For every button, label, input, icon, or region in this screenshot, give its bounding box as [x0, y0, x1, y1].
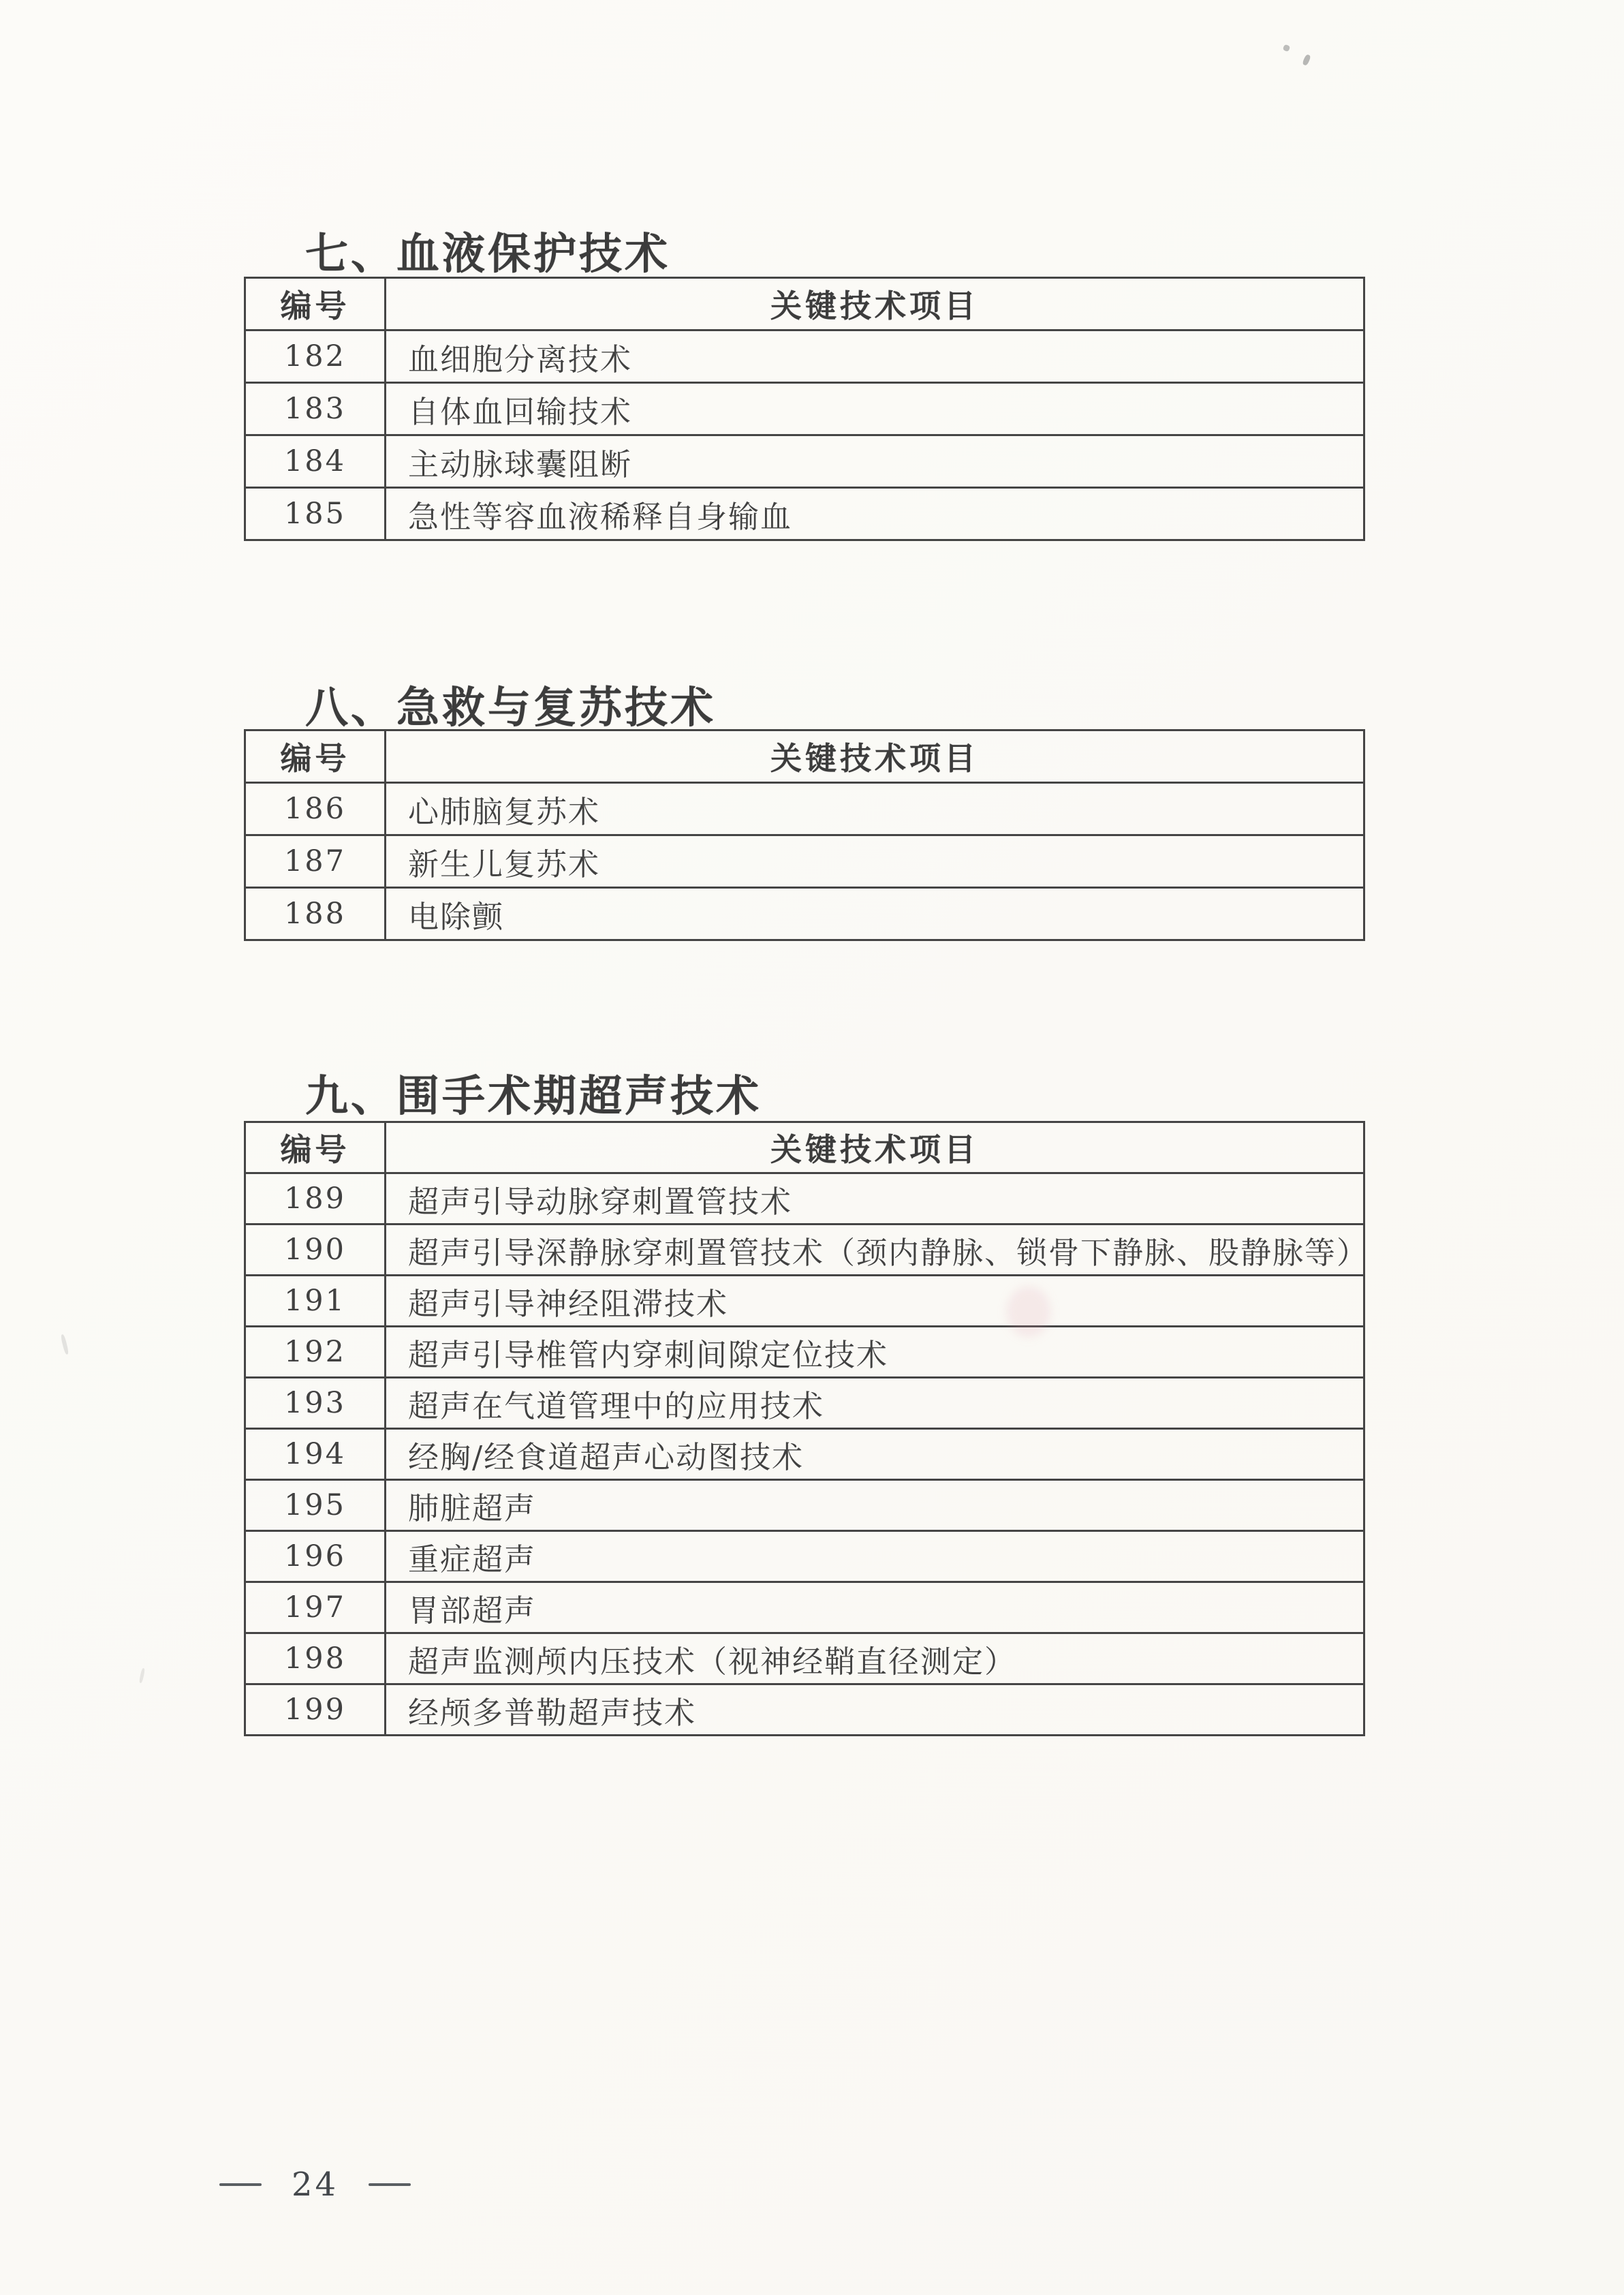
row-number-cell: 189	[245, 1173, 386, 1224]
page-number: 24	[292, 2166, 339, 2204]
row-tech-cell: 新生儿复苏术	[386, 835, 1364, 888]
row-tech-cell: 血细胞分离技术	[386, 330, 1364, 383]
row-number-cell: 191	[245, 1276, 386, 1327]
table-header-row: 编号 关键技术项目	[245, 730, 1364, 783]
blood-protection-table: 编号 关键技术项目 182 血细胞分离技术 183 自体血回输技术 184 主动…	[244, 277, 1365, 541]
row-number-cell: 188	[245, 888, 386, 940]
page-footer: 24	[219, 2166, 411, 2204]
table-row: 194 经胸/经食道超声心动图技术	[245, 1429, 1364, 1480]
row-tech-cell: 超声监测颅内压技术（视神经鞘直径测定）	[386, 1633, 1364, 1684]
row-tech-cell: 肺脏超声	[386, 1480, 1364, 1531]
row-tech-cell: 自体血回输技术	[386, 383, 1364, 435]
row-tech-cell: 超声引导椎管内穿刺间隙定位技术	[386, 1327, 1364, 1378]
row-tech-cell: 超声引导动脉穿刺置管技术	[386, 1173, 1364, 1224]
table-row: 183 自体血回输技术	[245, 383, 1364, 435]
header-cell-number: 编号	[245, 1122, 386, 1173]
table-row: 198 超声监测颅内压技术（视神经鞘直径测定）	[245, 1633, 1364, 1684]
scan-speck	[60, 1334, 69, 1355]
table-row: 199 经颅多普勒超声技术	[245, 1684, 1364, 1736]
emergency-resuscitation-table: 编号 关键技术项目 186 心肺脑复苏术 187 新生儿复苏术 188 电除颤	[244, 729, 1365, 941]
table-row: 195 肺脏超声	[245, 1480, 1364, 1531]
row-number-cell: 198	[245, 1633, 386, 1684]
table-row: 197 胃部超声	[245, 1582, 1364, 1633]
table-row: 190 超声引导深静脉穿刺置管技术（颈内静脉、锁骨下静脉、股静脉等）	[245, 1224, 1364, 1276]
perioperative-ultrasound-table: 编号 关键技术项目 189 超声引导动脉穿刺置管技术 190 超声引导深静脉穿刺…	[244, 1121, 1365, 1736]
table-row: 191 超声引导神经阻滞技术	[245, 1276, 1364, 1327]
table-header-row: 编号 关键技术项目	[245, 278, 1364, 330]
scan-speck	[1302, 54, 1311, 66]
header-cell-key-tech: 关键技术项目	[386, 730, 1364, 783]
table-row: 182 血细胞分离技术	[245, 330, 1364, 383]
row-number-cell: 190	[245, 1224, 386, 1276]
scan-smudge	[1007, 1287, 1050, 1337]
row-number-cell: 193	[245, 1378, 386, 1429]
row-number-cell: 183	[245, 383, 386, 435]
table-row: 193 超声在气道管理中的应用技术	[245, 1378, 1364, 1429]
header-cell-number: 编号	[245, 730, 386, 783]
table-row: 185 急性等容血液稀释自身输血	[245, 488, 1364, 540]
row-tech-cell: 重症超声	[386, 1531, 1364, 1582]
row-number-cell: 194	[245, 1429, 386, 1480]
table-row: 184 主动脉球囊阻断	[245, 435, 1364, 488]
table-header-row: 编号 关键技术项目	[245, 1122, 1364, 1173]
table-row: 188 电除颤	[245, 888, 1364, 940]
row-number-cell: 197	[245, 1582, 386, 1633]
row-number-cell: 196	[245, 1531, 386, 1582]
row-number-cell: 182	[245, 330, 386, 383]
row-tech-cell: 超声在气道管理中的应用技术	[386, 1378, 1364, 1429]
footer-right-dash	[369, 2183, 411, 2186]
row-number-cell: 184	[245, 435, 386, 488]
scanned-document-page: 七、血液保护技术 编号 关键技术项目 182 血细胞分离技术 183 自体血回输…	[0, 0, 1624, 2295]
row-number-cell: 185	[245, 488, 386, 540]
table-row: 192 超声引导椎管内穿刺间隙定位技术	[245, 1327, 1364, 1378]
row-tech-cell: 超声引导神经阻滞技术	[386, 1276, 1364, 1327]
row-tech-cell: 心肺脑复苏术	[386, 783, 1364, 835]
table-row: 186 心肺脑复苏术	[245, 783, 1364, 835]
section-title-perioperative-ultrasound: 九、围手术期超声技术	[305, 1062, 762, 1124]
header-cell-number: 编号	[245, 278, 386, 330]
row-number-cell: 187	[245, 835, 386, 888]
table-row: 196 重症超声	[245, 1531, 1364, 1582]
header-cell-key-tech: 关键技术项目	[386, 278, 1364, 330]
table-row: 187 新生儿复苏术	[245, 835, 1364, 888]
footer-left-dash	[219, 2183, 262, 2186]
row-tech-cell: 电除颤	[386, 888, 1364, 940]
row-number-cell: 195	[245, 1480, 386, 1531]
header-cell-key-tech: 关键技术项目	[386, 1122, 1364, 1173]
row-tech-cell: 经颅多普勒超声技术	[386, 1684, 1364, 1736]
row-number-cell: 199	[245, 1684, 386, 1736]
row-tech-cell: 主动脉球囊阻断	[386, 435, 1364, 488]
section-title-blood-protection: 七、血液保护技术	[305, 219, 670, 281]
row-number-cell: 192	[245, 1327, 386, 1378]
row-tech-cell: 经胸/经食道超声心动图技术	[386, 1429, 1364, 1480]
row-tech-cell: 超声引导深静脉穿刺置管技术（颈内静脉、锁骨下静脉、股静脉等）	[386, 1224, 1364, 1276]
row-tech-cell: 胃部超声	[386, 1582, 1364, 1633]
row-number-cell: 186	[245, 783, 386, 835]
section-title-emergency-resuscitation: 八、急救与复苏技术	[305, 673, 716, 735]
scan-speck	[139, 1668, 145, 1684]
scan-speck	[1283, 44, 1291, 52]
row-tech-cell: 急性等容血液稀释自身输血	[386, 488, 1364, 540]
table-row: 189 超声引导动脉穿刺置管技术	[245, 1173, 1364, 1224]
